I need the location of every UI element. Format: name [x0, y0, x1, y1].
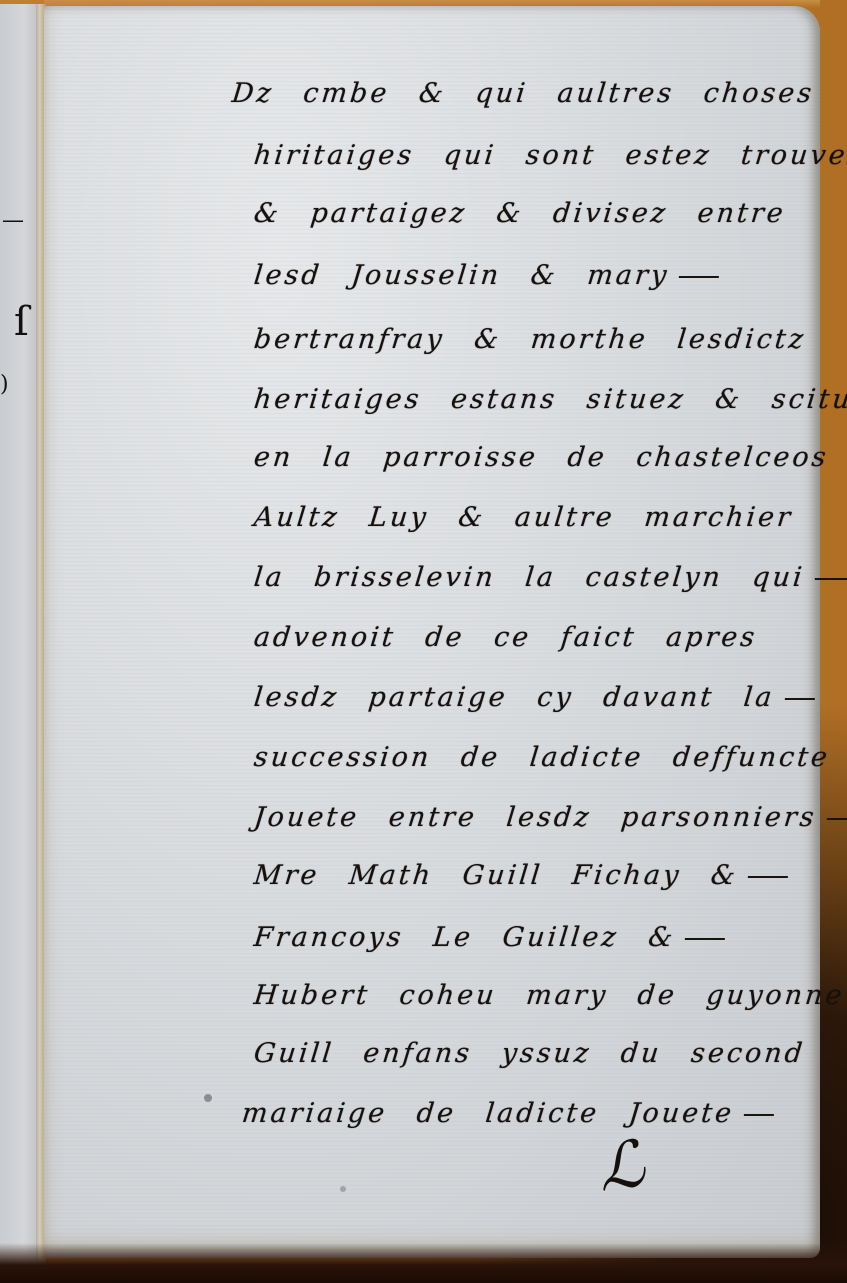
text-line: Dz cmbe & qui aultres choses [230, 78, 816, 109]
ink-blot [204, 1094, 212, 1102]
text-line: Mre Math Guill Fichay & [252, 860, 789, 891]
left-page-ink-mark: ſ [14, 302, 29, 342]
line-text: advenoit de ce faict apres [252, 622, 759, 653]
line-filler-stroke [679, 276, 719, 278]
text-line: la brisselevin la castelyn qui [252, 562, 847, 593]
text-line: & partaigez & divisez entre [252, 198, 787, 229]
line-text: Aultz Luy & aultre marchier [252, 502, 794, 533]
paper-spot [340, 1186, 346, 1192]
line-filler-stroke [685, 938, 725, 940]
text-line: lesdz partaige cy davant la [252, 682, 816, 713]
line-filler-stroke [784, 698, 814, 700]
bottom-shadow [0, 1243, 847, 1283]
line-text: lesd Jousselin & mary [252, 260, 670, 291]
line-filler-stroke [814, 578, 847, 580]
line-text: mariaige de ladicte Jouete [240, 1098, 735, 1129]
line-text: en la parroisse de chastelceos [252, 442, 830, 473]
text-line: bertranfray & morthe lesdictz [252, 324, 807, 355]
line-filler-stroke [744, 1114, 774, 1116]
text-line: Hubert coheu mary de guyonne [252, 980, 846, 1011]
line-text: & partaigez & divisez entre [252, 198, 787, 229]
left-page-ink-mark: ) [0, 374, 9, 396]
line-text: Guill enfans yssuz du second [252, 1038, 806, 1069]
text-line: Francoys Le Guillez & [252, 922, 727, 953]
line-text: Francoys Le Guillez & [252, 922, 677, 953]
line-text: heritaiges estans situez & scituez [252, 384, 847, 415]
line-text: succession de ladicte deffuncte [252, 742, 831, 773]
text-line: Guill enfans yssuz du second [252, 1038, 806, 1069]
line-text: lesdz partaige cy davant la [252, 682, 776, 713]
left-page: — ſ ) [0, 4, 41, 1266]
text-line: Jouete entre lesdz parsonniers [252, 802, 847, 833]
line-text: la brisselevin la castelyn qui [252, 562, 806, 593]
text-line: en la parroisse de chastelceos [252, 442, 830, 473]
left-page-ink-mark: — [2, 210, 24, 232]
text-line: heritaiges estans situez & scituez [252, 384, 847, 415]
line-text: bertranfray & morthe lesdictz [252, 324, 807, 355]
text-line: succession de ladicte deffuncte [252, 742, 831, 773]
line-filler-stroke [826, 818, 847, 820]
text-line: lesd Jousselin & mary [252, 260, 720, 291]
text-line: advenoit de ce faict apres [252, 622, 759, 653]
line-filler-stroke [748, 876, 788, 878]
text-line: Aultz Luy & aultre marchier [252, 502, 794, 533]
text-line: mariaige de ladicte Jouete [240, 1098, 775, 1129]
line-text: Mre Math Guill Fichay & [252, 860, 739, 891]
text-line: hiritaiges qui sont estez trouvez [252, 140, 847, 171]
line-text: Dz cmbe & qui aultres choses [230, 78, 816, 109]
line-text: Jouete entre lesdz parsonniers [252, 802, 818, 833]
line-text: hiritaiges qui sont estez trouvez [252, 140, 847, 171]
line-text: Hubert coheu mary de guyonne [252, 980, 846, 1011]
